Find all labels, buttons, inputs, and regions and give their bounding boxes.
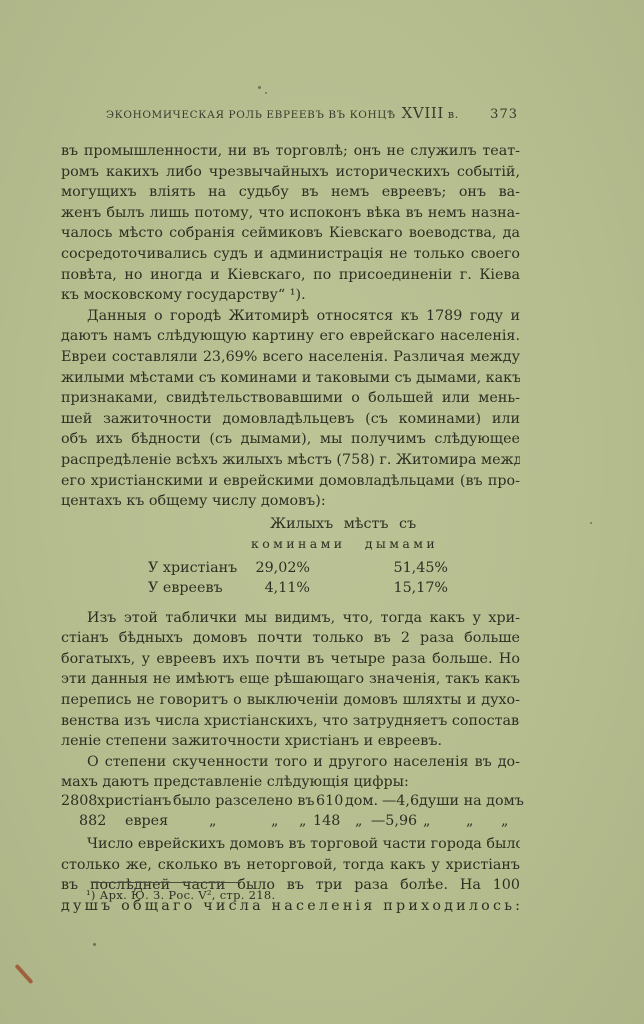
text-line: объ ихъ бѣдности (съ дымами), мы получим… [61, 429, 520, 450]
running-head: экономическая роль евреевъ въ концѣ XVII… [106, 104, 518, 124]
footnote-marker: ¹) [86, 888, 96, 902]
text-line: чалось мѣсто собранія сеймиковъ Кіевскаг… [61, 223, 520, 244]
figure-unit: дом. [345, 793, 378, 809]
density-figures: 2808 христіанъ было разселено въ 610 дом… [61, 793, 520, 834]
text-line: О степени скученности того и другого нас… [61, 752, 520, 773]
text-line: ромъ какихъ либо чрезвычайныхъ историчес… [61, 162, 520, 183]
table-column-headers: коминами дымами [251, 536, 450, 551]
paper-speck [258, 86, 261, 89]
figure-per-house: —5,96 [371, 813, 417, 829]
text-line: эти данныя не имѣютъ еще рѣшающаго значе… [61, 669, 520, 690]
figure-row-christians: 2808 христіанъ было разселено въ 610 дом… [61, 793, 520, 813]
text-line: жилыми мѣстами съ коминами и таковыми съ… [61, 368, 520, 389]
table-row: У евреевъ 4,11% 15,17% [148, 580, 488, 600]
text-line: столько же, сколько въ неторговой, тогда… [61, 855, 520, 876]
paper-speck [590, 522, 592, 524]
text-line: женъ былъ лишь потому, что испоконъ вѣка… [61, 203, 520, 224]
text-line: признаками, свидѣтельствовавшими о больш… [61, 388, 520, 409]
footnote-divider [91, 882, 241, 883]
text-line: къ московскому государству“ ¹). [61, 285, 520, 306]
text-line: перепись не говоритъ о выключеніи домовъ… [61, 690, 520, 711]
text-line: сосредоточивались судъ и администрація н… [61, 244, 520, 265]
column-header-smoke: дымами [365, 536, 438, 551]
text-line: могущихъ вліять на судьбу въ немъ евреев… [61, 182, 520, 203]
figure-tail: души на домъ [419, 793, 524, 809]
text-line: шей зажиточности домовладѣльцевъ (съ ком… [61, 409, 520, 430]
figure-verb: было разселено въ [173, 793, 315, 809]
row-label: У евреевъ [148, 580, 223, 596]
text-line: Изъ этой таблички мы видимъ, что, тогда … [61, 608, 520, 629]
running-head-title: экономическая роль евреевъ въ концѣ [106, 109, 396, 121]
footnote-text: Арх. Ю. З. Рос. V², стр. 218. [100, 888, 276, 902]
housing-table: Жилыхъ мѣстъ съ коминами дымами У христі… [61, 516, 520, 602]
text-line: Данныя о городѣ Житомирѣ относятся къ 17… [61, 306, 520, 327]
figure-houses: 148 [313, 813, 340, 829]
figure-row-jews: 882 еврея „ „ „ 148 „ —5,96 „ „ „ [61, 813, 520, 833]
text-line: даютъ намъ слѣдующую картину его еврейск… [61, 326, 520, 347]
figure-per-house: —4,6 [382, 793, 419, 809]
table-row: У христіанъ 29,02% 51,45% [148, 560, 488, 580]
figure-group: христіанъ [97, 793, 171, 809]
paragraphs-bottom: Число еврейскихъ домовъ въ торговой част… [61, 834, 520, 916]
text-line: стіанъ бѣдныхъ домовъ почти только въ 2 … [61, 628, 520, 649]
text-line: венства изъ числа христіанскихъ, что зат… [61, 711, 520, 732]
paper-speck [93, 943, 96, 946]
ditto-mark: „ [271, 813, 278, 829]
text-line: его христіанскими и еврейскими домовладѣ… [61, 471, 520, 492]
ditto-mark: „ [501, 813, 508, 829]
text-line: центахъ къ общему числу домовъ): [61, 491, 520, 512]
table-header-group: Жилыхъ мѣстъ съ [270, 516, 416, 532]
cell-chimneys: 29,02% [255, 560, 310, 576]
figure-houses: 610 [316, 793, 343, 809]
figure-group: еврея [125, 813, 168, 829]
paragraphs-top: въ промышленности, ни въ торговлѣ; онъ н… [61, 141, 520, 512]
cell-chimneys: 4,11% [265, 580, 310, 596]
cell-smoke: 15,17% [393, 580, 448, 596]
row-label: У христіанъ [148, 560, 237, 576]
ditto-mark: „ [466, 813, 473, 829]
text-line: богатыхъ, у евреевъ ихъ почти въ четыре … [61, 649, 520, 670]
figure-count: 882 [79, 813, 106, 829]
running-head-century: XVIII [402, 104, 444, 122]
text-line: махъ даютъ представленіе слѣдующія цифры… [61, 772, 520, 793]
paper-speck [265, 92, 267, 94]
text-line: Евреи составляли 23,69% всего населенія.… [61, 347, 520, 368]
text-line: въ промышленности, ни въ торговлѣ; онъ н… [61, 141, 520, 162]
text-line: леніе степени зажиточности христіанъ и е… [61, 731, 520, 752]
footnote: ¹) Арх. Ю. З. Рос. V², стр. 218. [86, 888, 275, 902]
text-line: повѣта, но иногда и Кіевскаго, по присое… [61, 265, 520, 286]
text-line: Число еврейскихъ домовъ въ торговой част… [61, 834, 520, 855]
ditto-mark: „ [355, 813, 362, 829]
body-text: въ промышленности, ни въ торговлѣ; онъ н… [61, 141, 520, 916]
paragraphs-mid: Изъ этой таблички мы видимъ, что, тогда … [61, 608, 520, 793]
running-head-abbrev: в. [448, 108, 459, 121]
ditto-mark: „ [209, 813, 216, 829]
text-line: распредѣленіе всѣхъ жилыхъ мѣстъ (758) г… [61, 450, 520, 471]
column-header-chimneys: коминами [251, 536, 345, 551]
cell-smoke: 51,45% [393, 560, 448, 576]
ditto-mark: „ [423, 813, 430, 829]
ditto-mark: „ [299, 813, 306, 829]
page-number: 373 [490, 107, 518, 122]
ink-stain [14, 964, 33, 985]
book-page: экономическая роль евреевъ въ концѣ XVII… [0, 0, 644, 1024]
figure-count: 2808 [61, 793, 97, 809]
